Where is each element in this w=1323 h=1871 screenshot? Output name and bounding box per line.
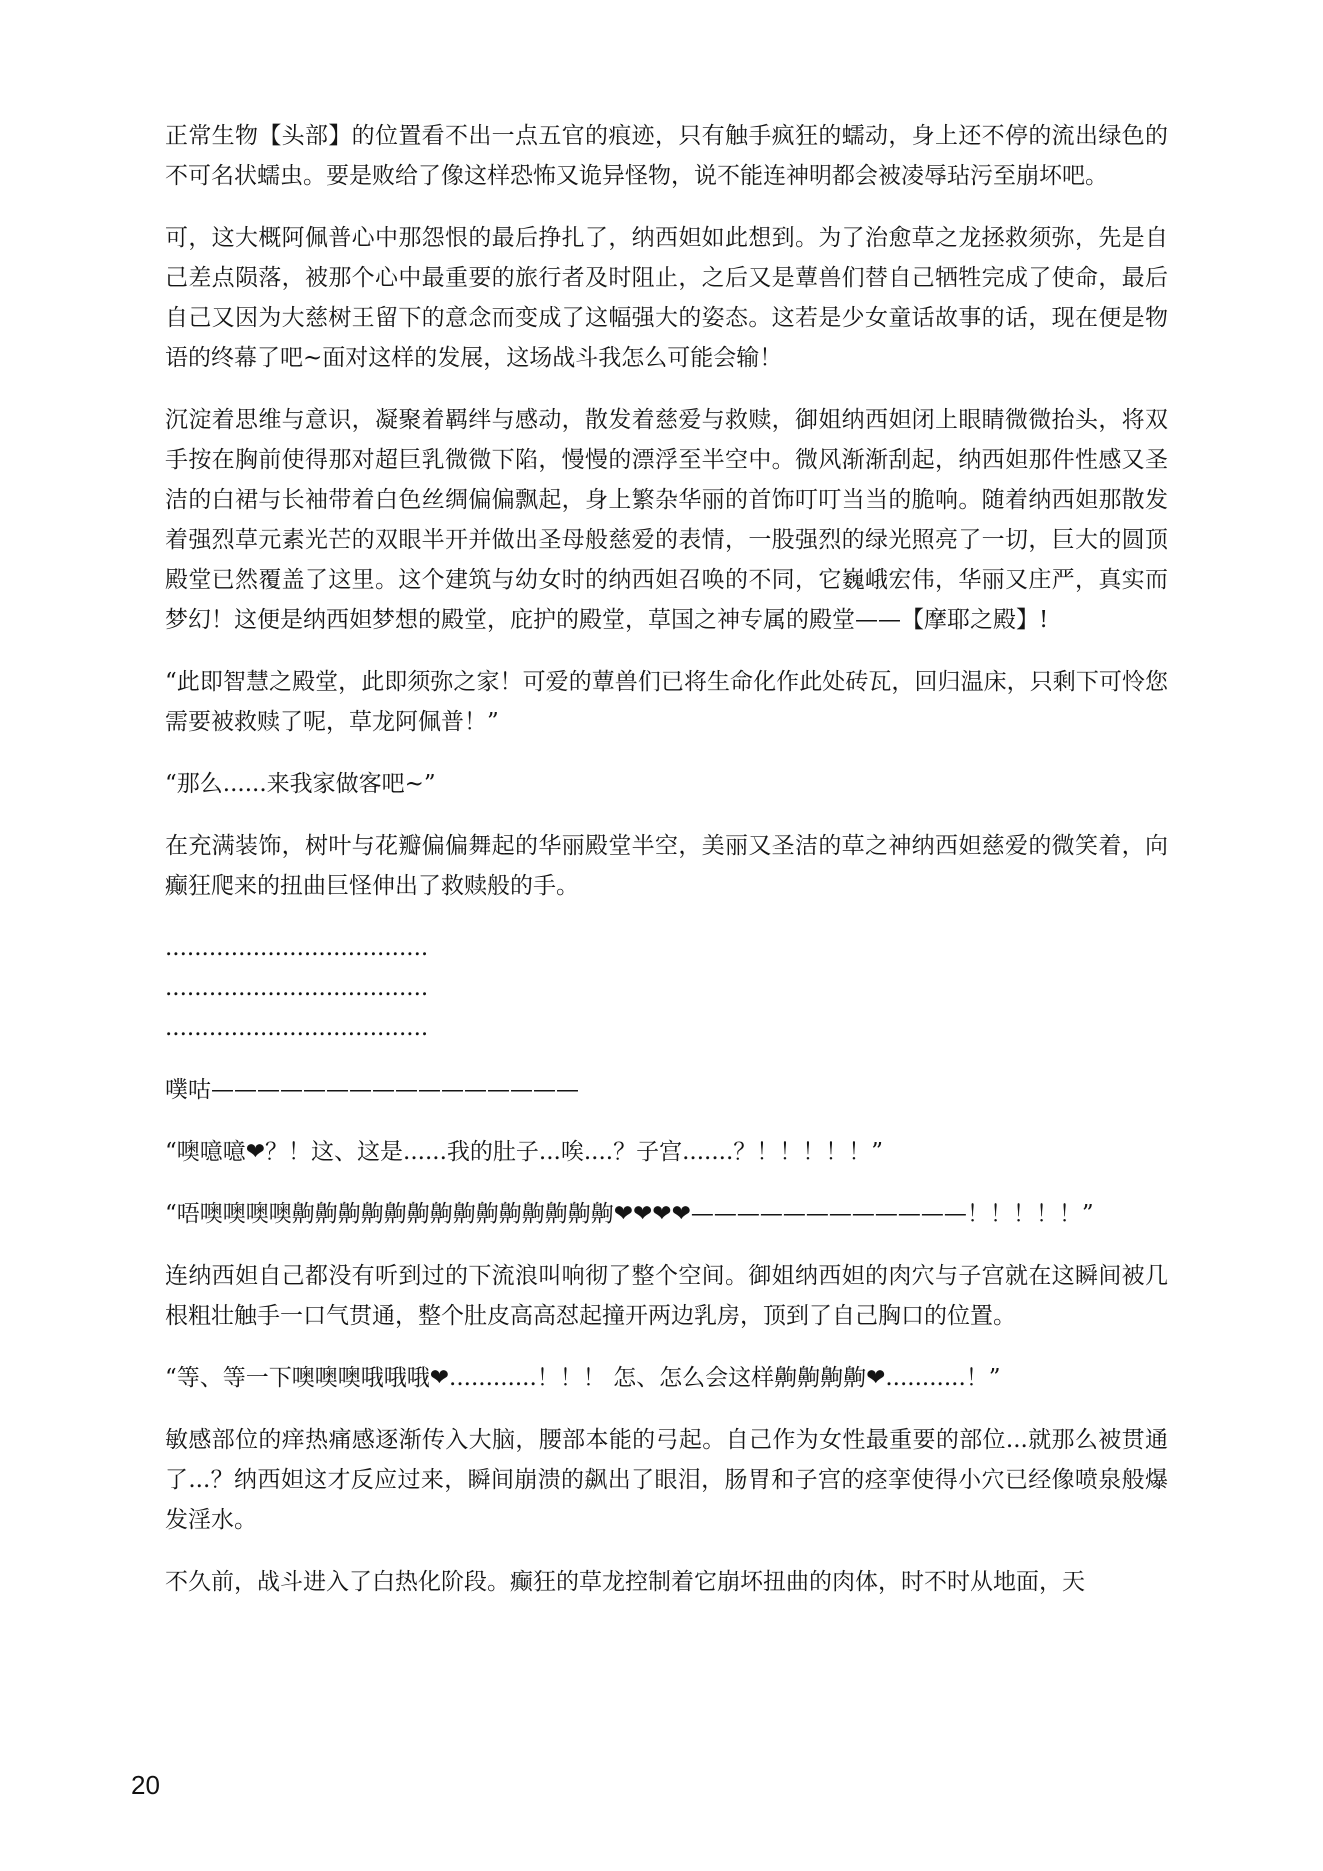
dialogue-paragraph-4: “唔噢噢噢噢齁齁齁齁齁齁齁齁齁齁齁齁齁齁❤❤❤❤————————————！！！！…	[165, 1194, 1168, 1234]
document-page: 正常生物【头部】的位置看不出一点五官的痕迹，只有触手疯狂的蠕动，身上还不停的流出…	[0, 0, 1323, 1871]
body-paragraph-6: 敏感部位的痒热痛感逐渐传入大脑，腰部本能的弓起。自己作为女性最重要的部位...就…	[165, 1420, 1168, 1540]
dialogue-paragraph-3: “噢噫噫❤？！这、这是......我的肚子...唉....？子宫.......？…	[165, 1132, 1168, 1172]
page-number: 20	[131, 1768, 160, 1802]
body-paragraph-1: 正常生物【头部】的位置看不出一点五官的痕迹，只有触手疯狂的蠕动，身上还不停的流出…	[165, 116, 1168, 196]
sfx-line: 噗咕————————————————	[165, 1070, 1168, 1110]
body-paragraph-5: 连纳西妲自己都没有听到过的下流浪叫响彻了整个空间。御姐纳西妲的肉穴与子宫就在这瞬…	[165, 1256, 1168, 1336]
dialogue-paragraph-2: “那么......来我家做客吧~”	[165, 764, 1168, 804]
body-paragraph-3: 沉淀着思维与意识，凝聚着羁绊与感动，散发着慈爱与救赎，御姐纳西妲闭上眼睛微微抬头…	[165, 400, 1168, 640]
dots-line-3: ....................................	[165, 1008, 1168, 1048]
dialogue-paragraph-1: “此即智慧之殿堂，此即须弥之家！可爱的蕈兽们已将生命化作此处砖瓦，回归温床，只剩…	[165, 662, 1168, 742]
dots-line-2: ....................................	[165, 968, 1168, 1008]
body-paragraph-7: 不久前，战斗进入了白热化阶段。癫狂的草龙控制着它崩坏扭曲的肉体，时不时从地面，天	[165, 1562, 1168, 1602]
text-content: 正常生物【头部】的位置看不出一点五官的痕迹，只有触手疯狂的蠕动，身上还不停的流出…	[165, 116, 1168, 1624]
dialogue-paragraph-5: “等、等一下噢噢噢哦哦哦❤............！！！ 怎、怎么会这样齁齁齁齁…	[165, 1358, 1168, 1398]
dots-line-1: ....................................	[165, 928, 1168, 968]
body-paragraph-4: 在充满装饰，树叶与花瓣偏偏舞起的华丽殿堂半空，美丽又圣洁的草之神纳西妲慈爱的微笑…	[165, 826, 1168, 906]
body-paragraph-2: 可，这大概阿佩普心中那怨恨的最后挣扎了，纳西妲如此想到。为了治愈草之龙拯救须弥，…	[165, 218, 1168, 378]
